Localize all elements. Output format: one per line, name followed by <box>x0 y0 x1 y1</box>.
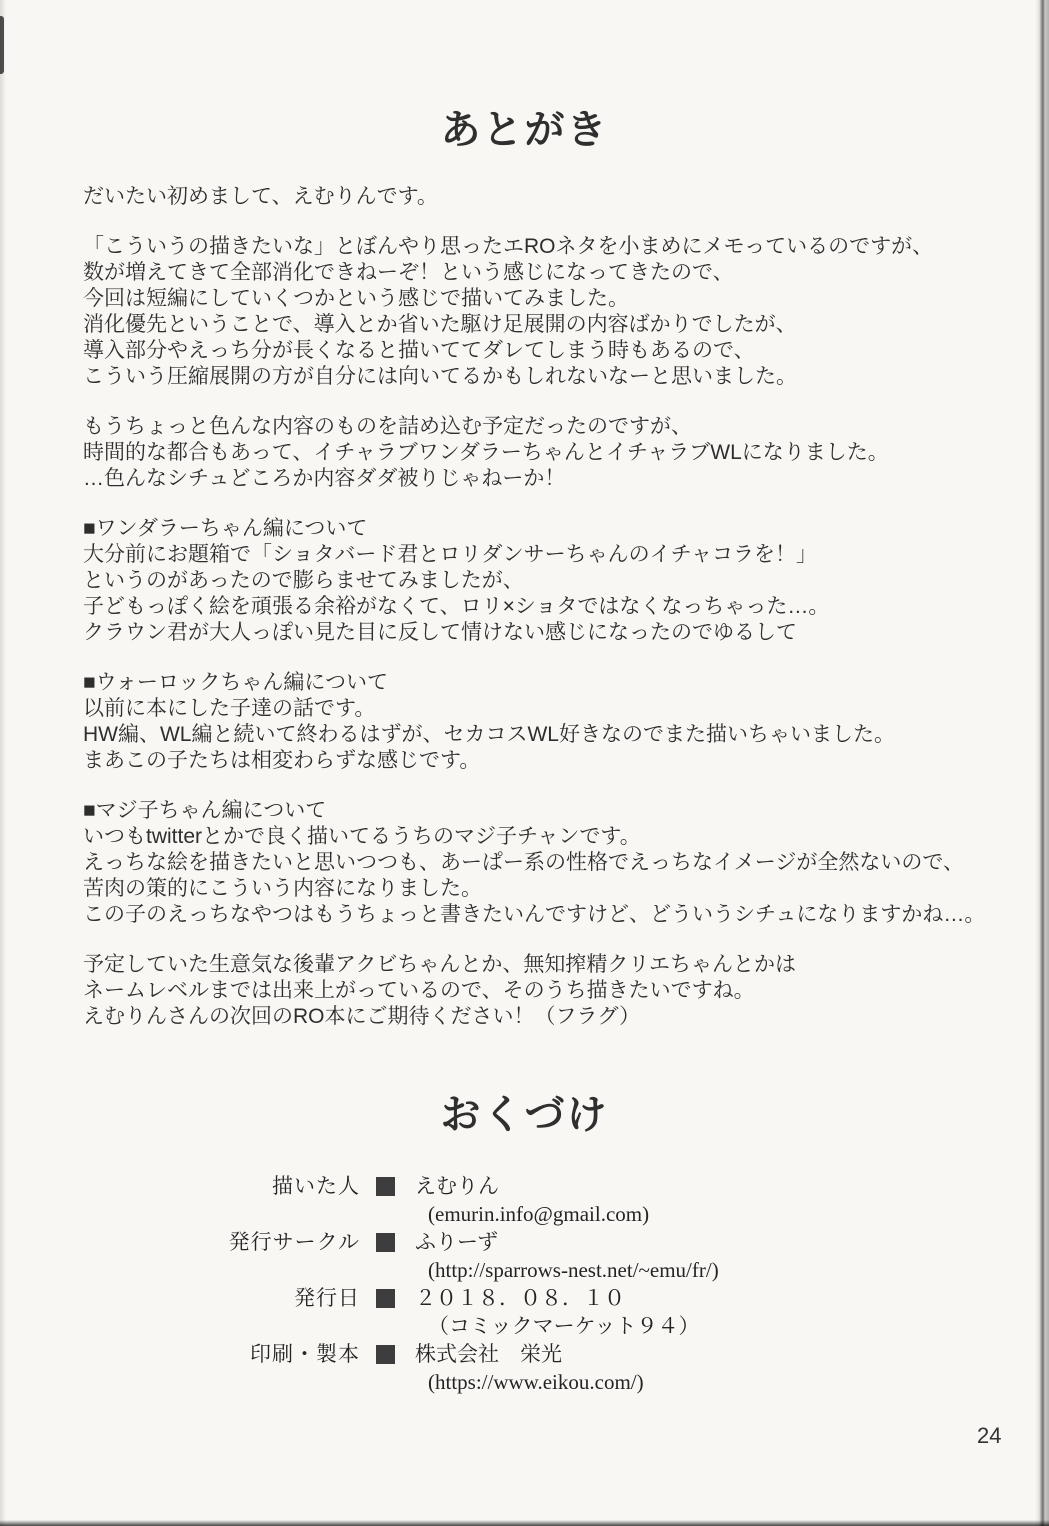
afterword-paragraph: ■ワンダラーちゃん編について大分前にお題箱で「ショタバード君とロリダンサーちゃん… <box>83 516 1009 646</box>
colophon-rows: 描いた人えむりん(emurin.info@gmail.com)発行サークルふりー… <box>70 1172 1009 1396</box>
square-bullet-icon <box>376 1233 395 1252</box>
afterword-line: 大分前にお題箱で「ショタバード君とロリダンサーちゃんのイチャコラを！」 <box>83 542 1009 568</box>
colophon-label: 発行日 <box>70 1284 360 1312</box>
afterword-line: もうちょっと色んな内容のものを詰め込む予定だったのですが、 <box>83 414 1009 440</box>
page-number: 24 <box>977 1423 1001 1449</box>
afterword-line: HW編、WL編と続いて終わるはずが、セカコスWL好きなのでまた描いちゃいました。 <box>83 722 1009 748</box>
afterword-line: ■マジ子ちゃん編について <box>83 798 1009 824</box>
colophon-value-block: 株式会社 栄光(https://www.eikou.com/) <box>415 1340 644 1396</box>
colophon-value: ２０１８．０８．１０ <box>415 1284 700 1312</box>
afterword-line: この子のえっちなやつはもうちょっと書きたいんですけど、どういうシチュになりますか… <box>83 902 1009 928</box>
afterword-paragraph: 予定していた生意気な後輩アクビちゃんとか、無知搾精クリエちゃんとかはネームレベル… <box>83 952 1009 1030</box>
afterword-line: というのがあったので膨らませてみましたが、 <box>83 568 1009 594</box>
afterword-line: 子どもっぽく絵を頑張る余裕がなくて、ロリ×ショタではなくなっちゃった…。 <box>83 594 1009 620</box>
colophon-sub-value: (emurin.info@gmail.com) <box>428 1200 649 1228</box>
afterword-line: …色んなシチュどころか内容ダダ被りじゃねーか！ <box>83 466 1009 492</box>
colophon-heading: おくづけ <box>0 1083 1049 1140</box>
colophon-value-block: ２０１８．０８．１０（コミックマーケット９４） <box>415 1284 700 1340</box>
colophon-row: 発行日２０１８．０８．１０（コミックマーケット９４） <box>70 1284 1009 1340</box>
colophon-label: 描いた人 <box>70 1172 360 1200</box>
square-bullet-icon <box>376 1345 395 1364</box>
colophon-sub-value: (https://www.eikou.com/) <box>428 1368 644 1396</box>
afterword-line: ■ウォーロックちゃん編について <box>83 670 1009 696</box>
afterword-line: こういう圧縮展開の方が自分には向いてるかもしれないなーと思いました。 <box>83 364 1009 390</box>
afterword-line: だいたい初めまして、えむりんです。 <box>83 184 1009 210</box>
colophon-sub-value: （コミックマーケット９４） <box>428 1312 700 1340</box>
scan-edge-left <box>0 0 6 1526</box>
colophon-value-block: ふりーず(http://sparrows-nest.net/~emu/fr/) <box>415 1228 719 1284</box>
afterword-body: だいたい初めまして、えむりんです。「こういうの描きたいな」とぼんやり思ったエRO… <box>83 184 1009 1054</box>
afterword-line: 導入部分やえっち分が長くなると描いててダレてしまう時もあるので、 <box>83 338 1009 364</box>
afterword-line: 今回は短編にしていくつかという感じで描いてみました。 <box>83 286 1009 312</box>
colophon-sub-value: (http://sparrows-nest.net/~emu/fr/) <box>428 1256 719 1284</box>
afterword-line: まあこの子たちは相変わらずな感じです。 <box>83 748 1009 774</box>
afterword-line: いつもtwitterとかで良く描いてるうちのマジ子チャンです。 <box>83 824 1009 850</box>
colophon-row: 描いた人えむりん(emurin.info@gmail.com) <box>70 1172 1009 1228</box>
scan-edge-bottom <box>0 1520 1049 1526</box>
colophon-value: えむりん <box>415 1172 649 1200</box>
scan-corner-mark <box>0 16 4 74</box>
afterword-line: えっちな絵を描きたいと思いつつも、あーぱー系の性格でえっちなイメージが全然ないの… <box>83 850 1009 876</box>
afterword-line: ■ワンダラーちゃん編について <box>83 516 1009 542</box>
square-bullet-icon <box>376 1289 395 1308</box>
scanned-page: あとがき だいたい初めまして、えむりんです。「こういうの描きたいな」とぼんやり思… <box>0 0 1049 1526</box>
afterword-line: 「こういうの描きたいな」とぼんやり思ったエROネタを小まめにメモっているのですが… <box>83 234 1009 260</box>
scan-edge-right <box>1035 0 1049 1526</box>
colophon-row: 発行サークルふりーず(http://sparrows-nest.net/~emu… <box>70 1228 1009 1284</box>
colophon-label: 発行サークル <box>70 1228 360 1256</box>
square-bullet-icon <box>376 1177 395 1196</box>
afterword-line: 消化優先ということで、導入とか省いた駆け足展開の内容ばかりでしたが、 <box>83 312 1009 338</box>
afterword-line: えむりんさんの次回のRO本にご期待ください！（フラグ） <box>83 1004 1009 1030</box>
afterword-line: 苦肉の策的にこういう内容になりました。 <box>83 876 1009 902</box>
afterword-heading: あとがき <box>0 98 1049 155</box>
afterword-line: ネームレベルまでは出来上がっているので、そのうち描きたいですね。 <box>83 978 1009 1004</box>
colophon-row: 印刷・製本株式会社 栄光(https://www.eikou.com/) <box>70 1340 1009 1396</box>
colophon-value: 株式会社 栄光 <box>415 1340 644 1368</box>
afterword-paragraph: もうちょっと色んな内容のものを詰め込む予定だったのですが、時間的な都合もあって、… <box>83 414 1009 492</box>
colophon-label: 印刷・製本 <box>70 1340 360 1368</box>
afterword-paragraph: ■ウォーロックちゃん編について以前に本にした子達の話です。HW編、WL編と続いて… <box>83 670 1009 774</box>
afterword-line: 数が増えてきて全部消化できねーぞ！という感じになってきたので、 <box>83 260 1009 286</box>
afterword-line: 予定していた生意気な後輩アクビちゃんとか、無知搾精クリエちゃんとかは <box>83 952 1009 978</box>
afterword-line: 以前に本にした子達の話です。 <box>83 696 1009 722</box>
afterword-paragraph: ■マジ子ちゃん編についていつもtwitterとかで良く描いてるうちのマジ子チャン… <box>83 798 1009 928</box>
colophon-value: ふりーず <box>415 1228 719 1256</box>
colophon-value-block: えむりん(emurin.info@gmail.com) <box>415 1172 649 1228</box>
afterword-line: 時間的な都合もあって、イチャラブワンダラーちゃんとイチャラブWLになりました。 <box>83 440 1009 466</box>
afterword-paragraph: だいたい初めまして、えむりんです。 <box>83 184 1009 210</box>
afterword-line: クラウン君が大人っぽい見た目に反して情けない感じになったのでゆるして <box>83 620 1009 646</box>
afterword-paragraph: 「こういうの描きたいな」とぼんやり思ったエROネタを小まめにメモっているのですが… <box>83 234 1009 390</box>
